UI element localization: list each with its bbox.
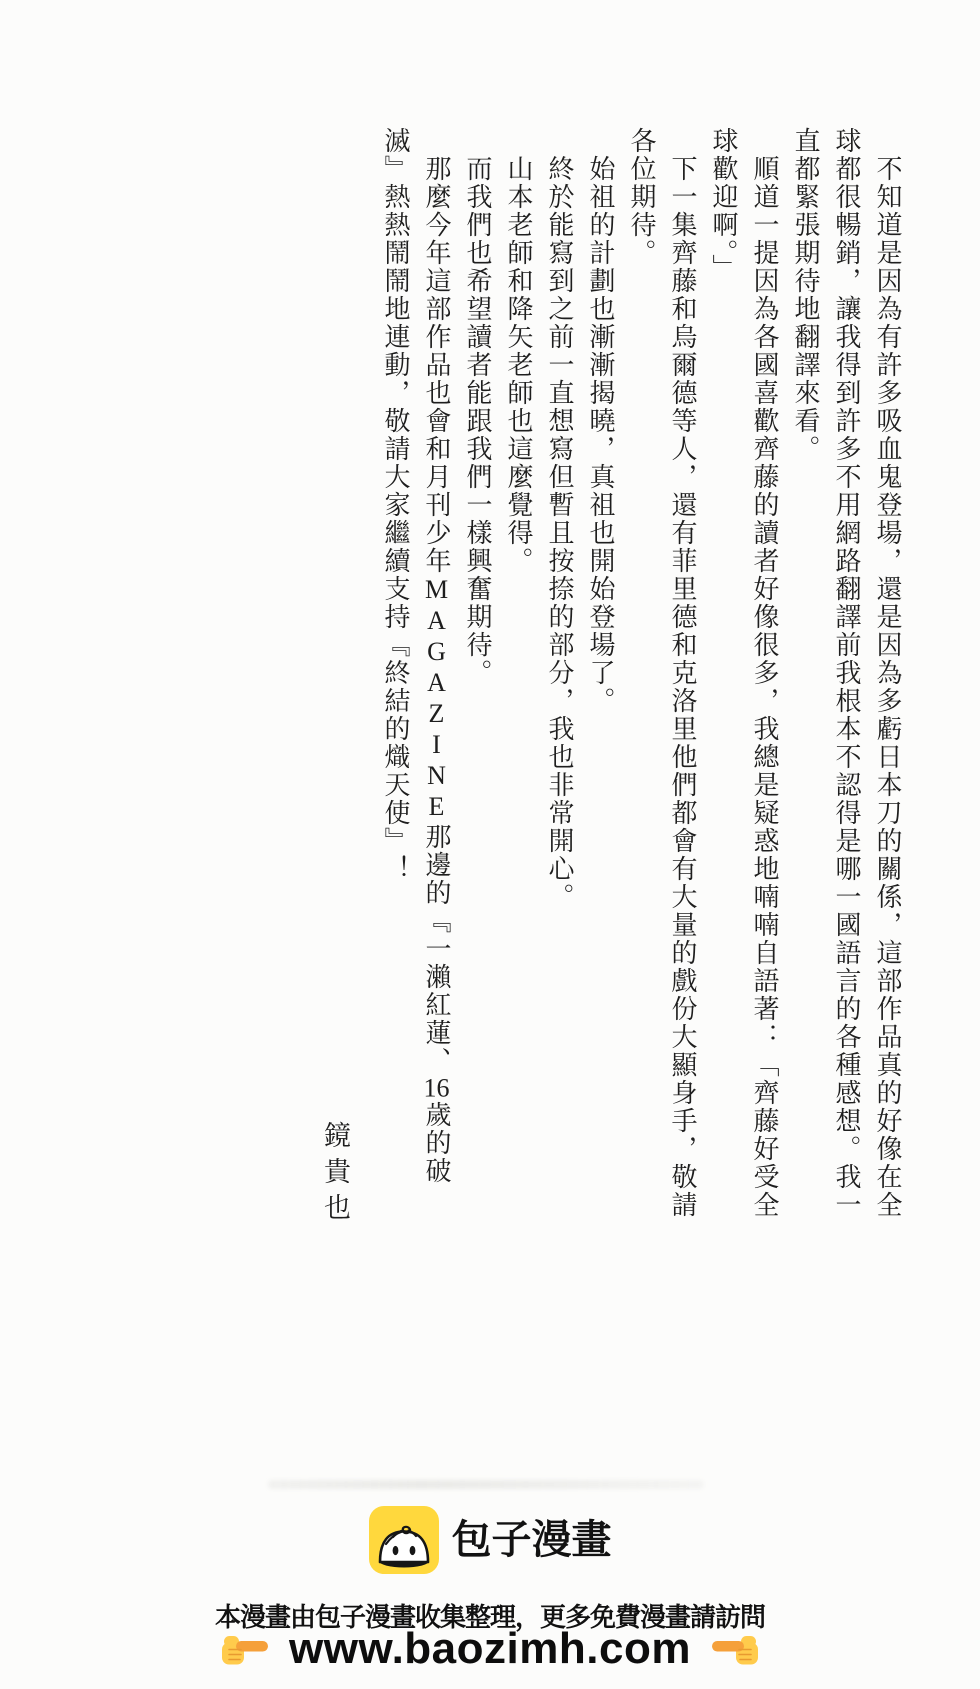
footer-url-row: www.baozimh.com bbox=[0, 1627, 980, 1671]
pointing-right-hand-icon bbox=[221, 1633, 269, 1666]
faint-watermark bbox=[268, 1480, 704, 1489]
footer-url[interactable]: www.baozimh.com bbox=[289, 1627, 691, 1671]
afterword-paragraph: 不知道是因為有許多吸血鬼登場，還是因為多虧日本刀的關係，這部作品真的好像在全球都… bbox=[785, 127, 908, 1219]
afterword-text-segment: 山本老師和降矢老師也這麼覺得。 bbox=[504, 155, 533, 575]
afterword-text-segment: 而我們也希望讀者能跟我們一樣興奮期待。 bbox=[463, 155, 492, 687]
pointing-left-hand-icon bbox=[711, 1633, 759, 1666]
afterword-paragraph: 那麼今年這部作品也會和月刊少年MAGAZINE那邊的『一瀨紅蓮、16歲的破滅』熱… bbox=[375, 127, 457, 1219]
afterword-text-block: 不知道是因為有許多吸血鬼登場，還是因為多虧日本刀的關係，這部作品真的好像在全球都… bbox=[375, 127, 908, 1219]
baozi-logo-icon bbox=[369, 1506, 439, 1574]
footer-brand-row: 包子漫畫 bbox=[0, 1506, 980, 1574]
afterword-text-segment: 那邊的『一瀨紅蓮、 bbox=[422, 823, 451, 1075]
brand-name: 包子漫畫 bbox=[452, 1520, 612, 1560]
manga-afterword-page: { "page": { "background_color": "#fcfcfb… bbox=[0, 0, 980, 1689]
afterword-text-segment: 始祖的計劃也漸漸揭曉，真祖也開始登場了。 bbox=[586, 155, 615, 715]
afterword-paragraph: 山本老師和降矢老師也這麼覺得。 bbox=[498, 127, 539, 1219]
afterword-text-segment: 下一集齊藤和烏爾德等人，還有菲里德和克洛里他們都會有大量的戲份大顯身手，敬請各位… bbox=[627, 127, 697, 1219]
afterword-text-segment: MAGAZINE bbox=[422, 575, 451, 823]
afterword-paragraph: 順道一提因為各國喜歡齊藤的讀者好像很多，我總是疑惑地喃喃自語著：「齊藤好受全球歡… bbox=[703, 127, 785, 1219]
afterword-paragraph: 而我們也希望讀者能跟我們一樣興奮期待。 bbox=[457, 127, 498, 1219]
afterword-paragraph: 下一集齊藤和烏爾德等人，還有菲里德和克洛里他們都會有大量的戲份大顯身手，敬請各位… bbox=[621, 127, 703, 1219]
afterword-text-segment: 那麼今年這部作品也會和月刊少年 bbox=[422, 155, 451, 575]
afterword-paragraph: 終於能寫到之前一直想寫但暫且按捺的部分，我也非常開心。 bbox=[539, 127, 580, 1219]
afterword-text-segment: 終於能寫到之前一直想寫但暫且按捺的部分，我也非常開心。 bbox=[545, 155, 574, 911]
afterword-text-segment: 16 bbox=[422, 1075, 451, 1101]
afterword-text-segment: 不知道是因為有許多吸血鬼登場，還是因為多虧日本刀的關係，這部作品真的好像在全球都… bbox=[791, 127, 902, 1219]
afterword-text-segment: 順道一提因為各國喜歡齊藤的讀者好像很多，我總是疑惑地喃喃自語著：「齊藤好受全球歡… bbox=[709, 127, 779, 1219]
afterword-paragraph: 始祖的計劃也漸漸揭曉，真祖也開始登場了。 bbox=[580, 127, 621, 1219]
author-signature: 鏡貴也 bbox=[316, 1121, 355, 1229]
